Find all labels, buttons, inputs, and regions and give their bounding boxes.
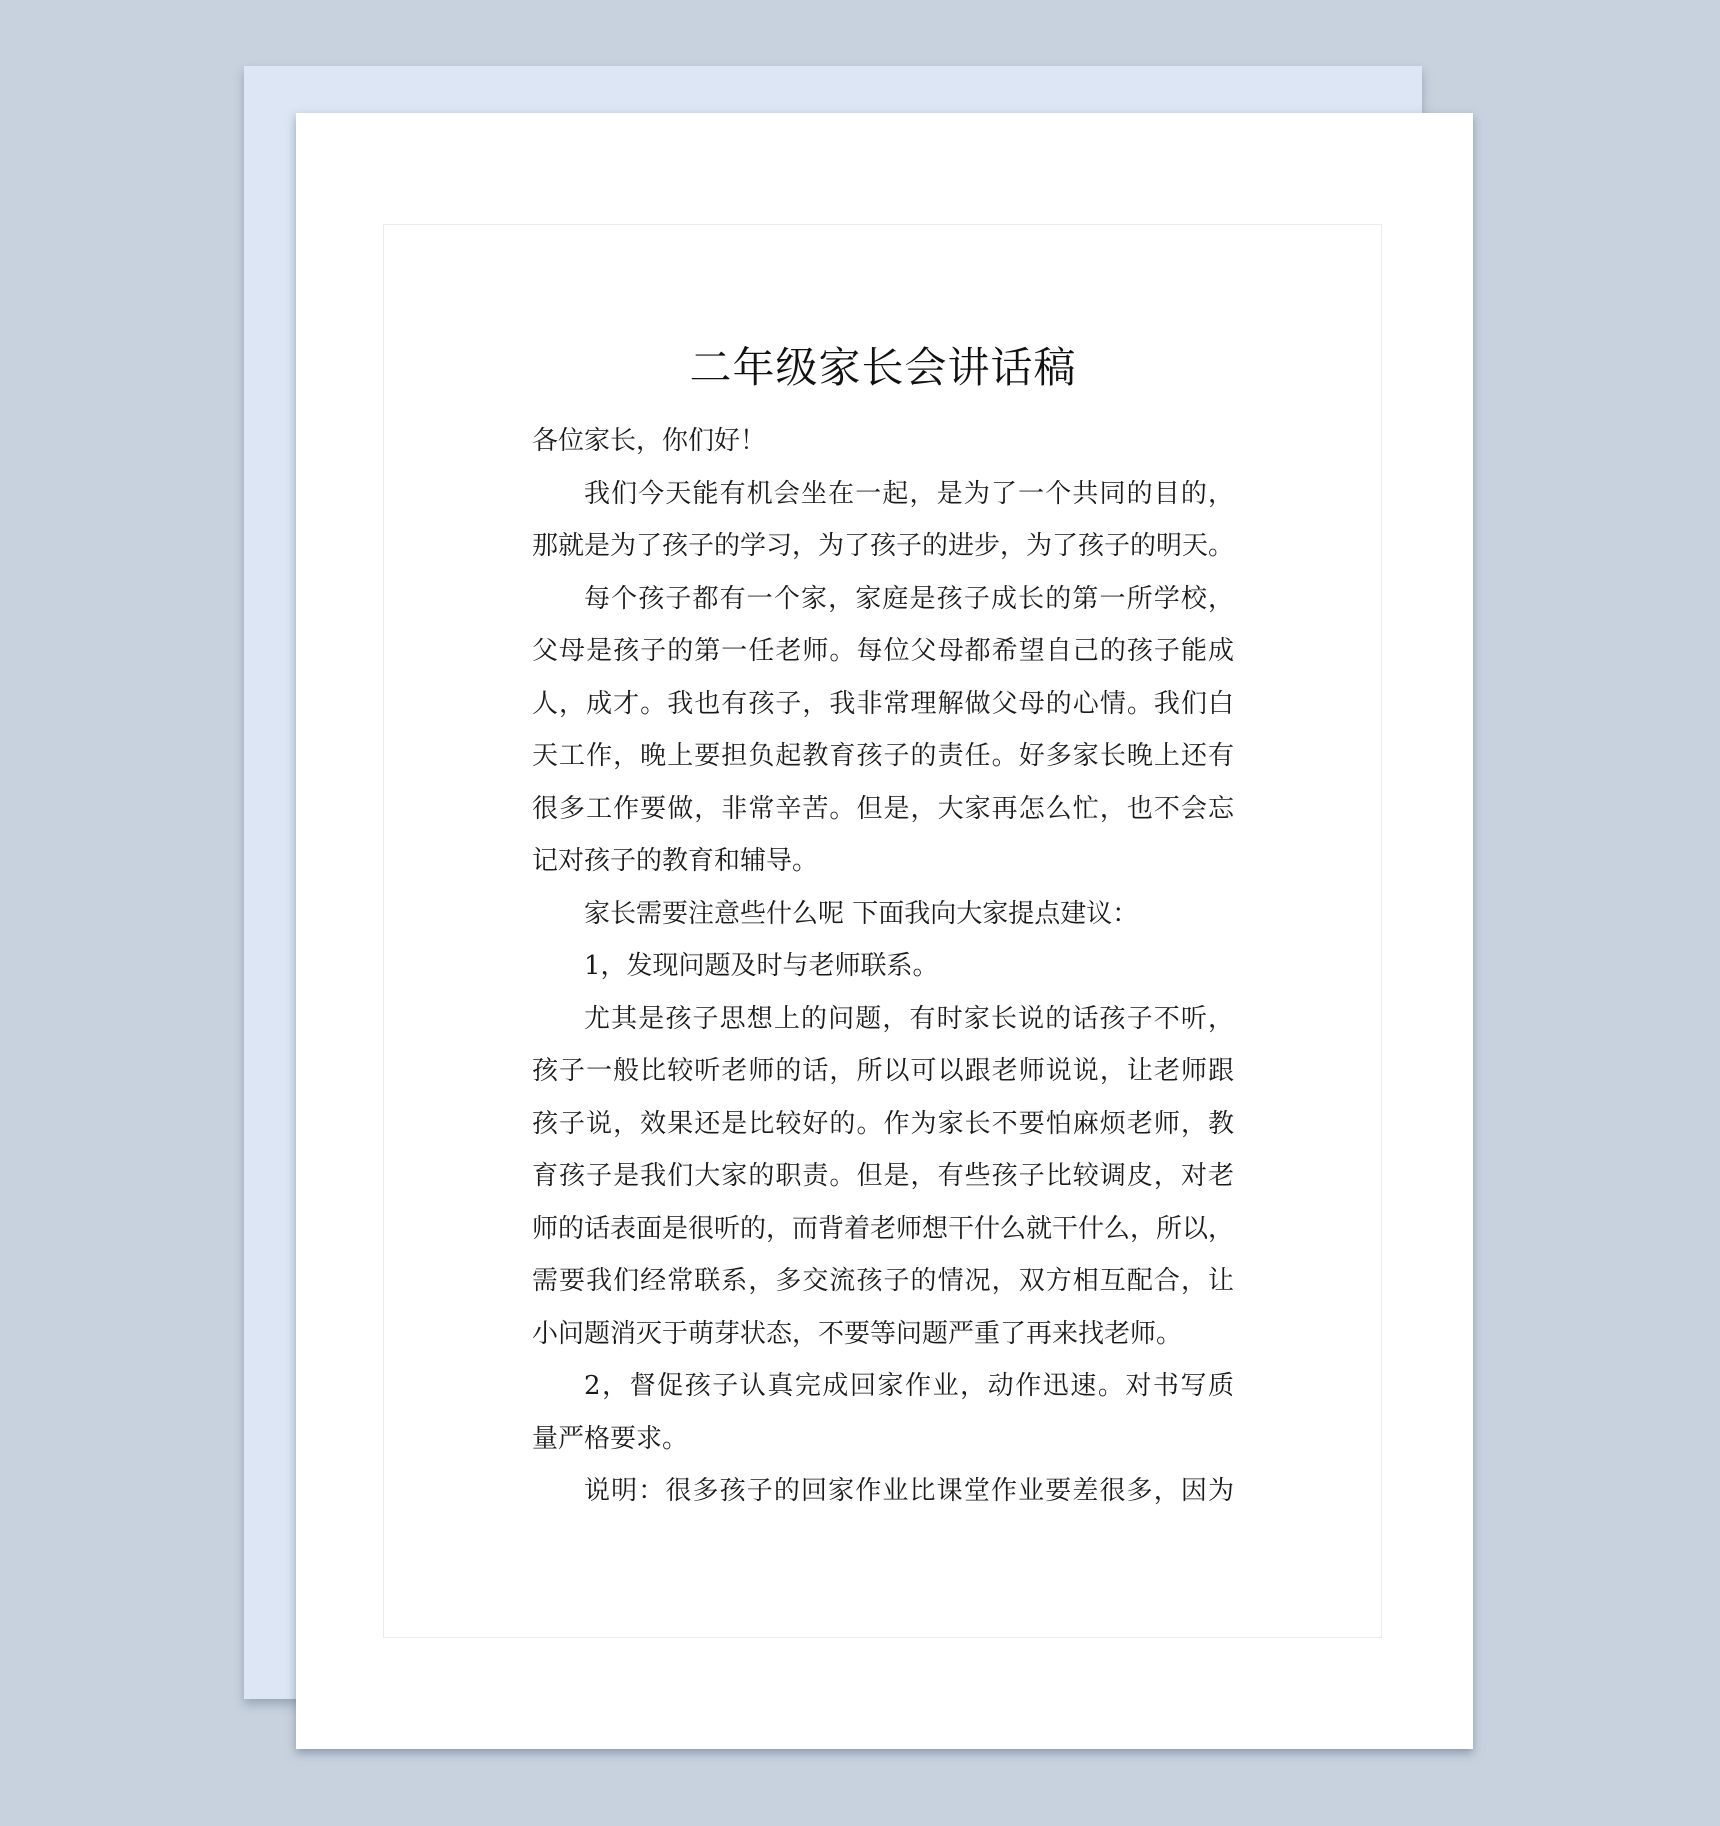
text-line: 师的话表面是很听的，而背着老师想干什么就干什么，所以， <box>532 1203 1234 1256</box>
desktop-background: 二年级家长会讲话稿 各位家长，你们好！我们今天能有机会坐在一起，是为了一个共同的… <box>0 0 1720 1826</box>
text-line: 育孩子是我们大家的职责。但是，有些孩子比较调皮，对老 <box>532 1150 1234 1203</box>
text-line: 小问题消灭于萌芽状态，不要等问题严重了再来找老师。 <box>532 1308 1234 1361</box>
text-line: 父母是孩子的第一任老师。每位父母都希望自己的孩子能成 <box>532 625 1234 678</box>
text-line: 量严格要求。 <box>532 1413 1234 1466</box>
text-line: 人，成才。我也有孩子，我非常理解做父母的心情。我们白 <box>532 678 1234 731</box>
text-line: 1，发现问题及时与老师联系。 <box>532 940 1234 993</box>
text-line: 我们今天能有机会坐在一起，是为了一个共同的目的， <box>532 468 1234 521</box>
text-line: 孩子说，效果还是比较好的。作为家长不要怕麻烦老师，教 <box>532 1098 1234 1151</box>
text-line: 各位家长，你们好！ <box>532 415 1234 468</box>
text-line: 很多工作要做，非常辛苦。但是，大家再怎么忙，也不会忘 <box>532 783 1234 836</box>
document-title: 二年级家长会讲话稿 <box>532 338 1234 398</box>
text-line: 需要我们经常联系，多交流孩子的情况，双方相互配合，让 <box>532 1255 1234 1308</box>
document-body: 各位家长，你们好！我们今天能有机会坐在一起，是为了一个共同的目的，那就是为了孩子… <box>532 415 1234 1518</box>
text-line: 2，督促孩子认真完成回家作业，动作迅速。对书写质 <box>532 1360 1234 1413</box>
text-line: 每个孩子都有一个家，家庭是孩子成长的第一所学校， <box>532 573 1234 626</box>
text-line: 记对孩子的教育和辅导。 <box>532 835 1234 888</box>
text-line: 说明：很多孩子的回家作业比课堂作业要差很多，因为 <box>532 1465 1234 1518</box>
text-line: 家长需要注意些什么呢 下面我向大家提点建议： <box>532 888 1234 941</box>
text-line: 孩子一般比较听老师的话，所以可以跟老师说说，让老师跟 <box>532 1045 1234 1098</box>
text-line: 天工作，晚上要担负起教育孩子的责任。好多家长晚上还有 <box>532 730 1234 783</box>
text-line: 那就是为了孩子的学习，为了孩子的进步，为了孩子的明天。 <box>532 520 1234 573</box>
document-page: 二年级家长会讲话稿 各位家长，你们好！我们今天能有机会坐在一起，是为了一个共同的… <box>296 113 1473 1749</box>
text-line: 尤其是孩子思想上的问题，有时家长说的话孩子不听， <box>532 993 1234 1046</box>
